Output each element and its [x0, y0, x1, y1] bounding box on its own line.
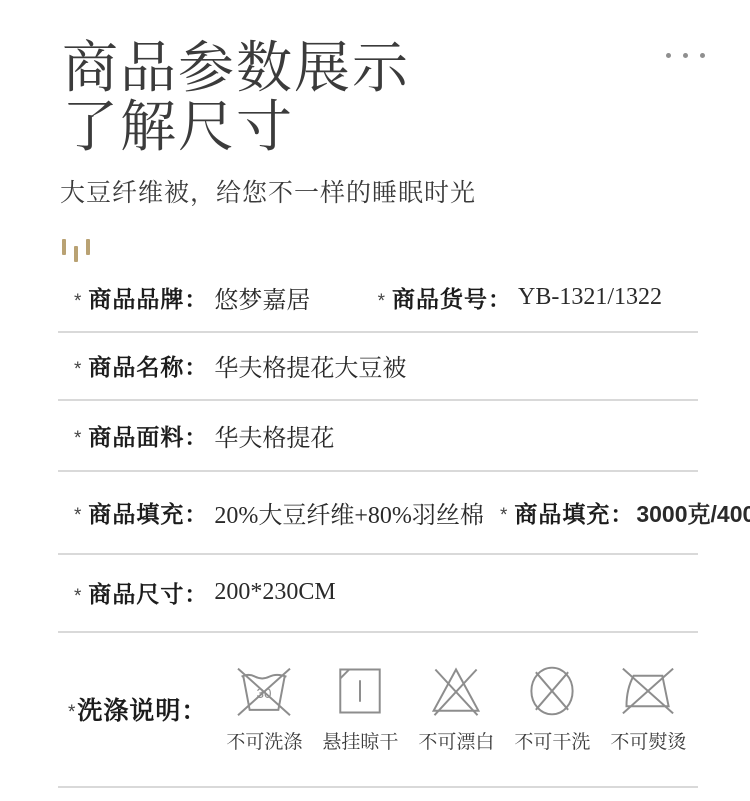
param-label: 商品货号： [392, 281, 512, 314]
no-bleach-icon [427, 665, 485, 717]
param-row-filling: * 商品填充： 20%大豆纤维+80%羽丝棉 * 商品填充： 3000克/400… [58, 472, 698, 555]
ellipsis-menu-icon [666, 53, 705, 58]
page-title-line2: 了解尺寸 [62, 99, 750, 158]
wash-icon-list: 30 不可洗涤 悬挂晾干 [223, 665, 689, 754]
wash-caption: 悬挂晾干 [322, 727, 398, 754]
wash-label: 洗涤说明： [77, 691, 207, 727]
wash-caption: 不可漂白 [418, 727, 494, 754]
param-cell-name: * 商品名称： 华夫格提花大豆被 [58, 348, 406, 383]
asterisk: * [500, 505, 507, 527]
param-cell-weight: * 商品填充： 3000克/4000克 [484, 496, 750, 529]
param-label: 商品尺寸： [88, 576, 208, 609]
param-cell-brand: * 商品品牌： 悠梦嘉居 [58, 280, 310, 315]
param-row-brand: * 商品品牌： 悠梦嘉居 * 商品货号： YB-1321/1322 [58, 265, 698, 333]
param-value: YB-1321/1322 [518, 284, 662, 311]
param-row-name: * 商品名称： 华夫格提花大豆被 [58, 333, 698, 401]
accent-bar [86, 239, 90, 255]
param-row-size: * 商品尺寸： 200*230CM [58, 555, 698, 633]
wash-item-no-dryclean: 不可干洗 [511, 665, 593, 754]
param-value: 华夫格提花大豆被 [214, 348, 406, 383]
asterisk: * [74, 291, 81, 313]
wash-caption: 不可干洗 [514, 727, 590, 754]
dot-icon [700, 53, 705, 58]
dot-icon [683, 53, 688, 58]
accent-bars-icon [62, 239, 750, 265]
no-iron-icon [619, 665, 677, 717]
wash-caption: 不可洗涤 [226, 727, 302, 754]
no-dryclean-icon [523, 665, 581, 717]
hang-dry-icon [331, 665, 389, 717]
dot-icon [666, 53, 671, 58]
param-cell-item-no: * 商品货号： YB-1321/1322 [362, 281, 698, 314]
param-label: 商品填充： [514, 496, 634, 529]
accent-bar [62, 239, 66, 255]
param-value: 3000克/4000克 [636, 496, 750, 529]
asterisk: * [74, 359, 81, 381]
param-cell-size: * 商品尺寸： 200*230CM [58, 576, 336, 609]
page-header: 商品参数展示 了解尺寸 大豆纤维被，给您不一样的睡眠时光 [0, 0, 750, 209]
param-table: * 商品品牌： 悠梦嘉居 * 商品货号： YB-1321/1322 * 商品名称… [58, 265, 698, 788]
param-row-fabric: * 商品面料： 华夫格提花 [58, 401, 698, 472]
wash-temp-number: 30 [257, 686, 272, 701]
param-value: 20%大豆纤维+80%羽丝棉 [214, 495, 484, 530]
wash-item-no-bleach: 不可漂白 [415, 665, 497, 754]
asterisk: * [74, 428, 81, 450]
param-label: 商品名称： [88, 349, 208, 382]
param-value: 华夫格提花 [214, 418, 334, 453]
param-label: 商品填充： [88, 496, 208, 529]
param-value: 200*230CM [214, 579, 335, 606]
param-cell-fabric: * 商品面料： 华夫格提花 [58, 418, 334, 453]
page-title: 商品参数展示 了解尺寸 [62, 40, 750, 159]
no-wash-icon: 30 [235, 665, 293, 717]
asterisk: * [74, 505, 81, 527]
param-label: 商品品牌： [88, 281, 208, 314]
page-title-line1: 商品参数展示 [62, 40, 750, 99]
wash-label-wrap: * 洗涤说明： [58, 691, 207, 727]
page-subtitle: 大豆纤维被，给您不一样的睡眠时光 [60, 173, 750, 209]
wash-item-no-iron: 不可熨烫 [607, 665, 689, 754]
accent-bar [74, 246, 78, 262]
wash-item-hang-dry: 悬挂晾干 [319, 665, 401, 754]
param-label: 商品面料： [88, 419, 208, 452]
param-row-washing: * 洗涤说明： 30 不可洗涤 [58, 633, 698, 788]
asterisk: * [74, 586, 81, 608]
param-cell-filling: * 商品填充： 20%大豆纤维+80%羽丝棉 [58, 495, 484, 530]
wash-item-no-wash: 30 不可洗涤 [223, 665, 305, 754]
param-value: 悠梦嘉居 [214, 280, 310, 315]
asterisk: * [68, 702, 75, 724]
asterisk: * [378, 291, 385, 313]
wash-caption: 不可熨烫 [610, 727, 686, 754]
